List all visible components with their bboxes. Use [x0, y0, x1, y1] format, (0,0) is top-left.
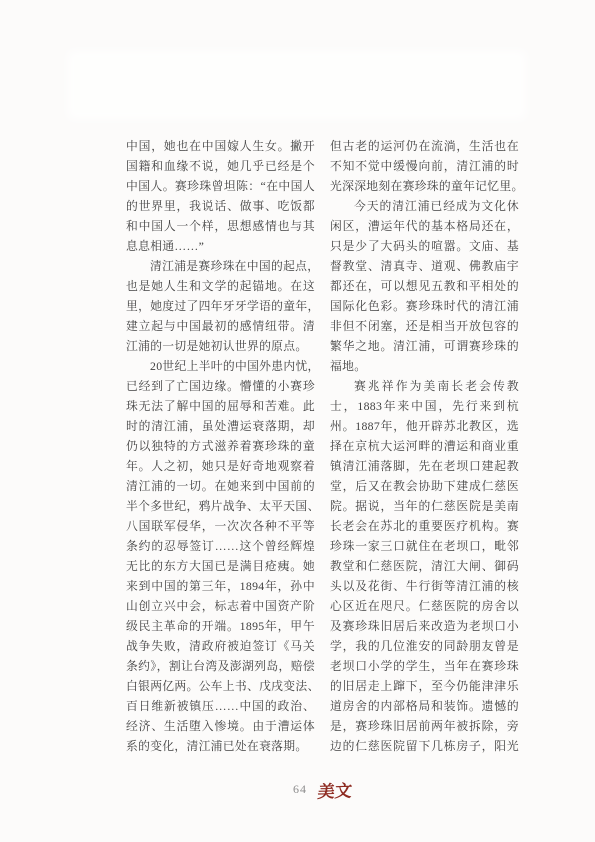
text-line: 和中国人一个样，思想感情也与其: [126, 216, 315, 236]
text-line: 及赛珍珠旧居后来改造为老坝口小: [330, 616, 519, 636]
magazine-page: 中国，她也在中国嫁人生女。撇开国籍和血缘不说，她几乎已经是个中国人。赛珍珠曾坦陈…: [0, 0, 595, 842]
text-line: 来到中国的第三年，1894年，孙中: [126, 576, 315, 596]
text-line: 已经到了亡国边缘。懵懂的小赛珍: [126, 376, 315, 396]
left-text-column: 中国，她也在中国嫁人生女。撇开国籍和血缘不说，她几乎已经是个中国人。赛珍珠曾坦陈…: [126, 136, 315, 756]
text-line: 建立起与中国最初的感情纽带。清: [126, 316, 315, 336]
text-line: 是，赛珍珠旧居前两年被拆除，旁: [330, 716, 519, 736]
text-line: 边的仁慈医院留下几栋房子，阳光: [330, 736, 519, 756]
text-line: 堂，后又在教会协助下建成仁慈医: [330, 476, 519, 496]
right-text-column: 但古老的运河仍在流淌，生活也在不知不觉中缓慢向前，清江浦的时光深深地刻在赛珍珠的…: [330, 136, 519, 756]
text-line: 镇清江浦落脚，先在老坝口建起教: [330, 456, 519, 476]
text-line: 教堂和仁慈医院，清江大闸、御码: [330, 556, 519, 576]
text-line: 的旧居走上蹿下，至今仍能津津乐: [330, 676, 519, 696]
journal-logo: 美文: [317, 776, 354, 802]
text-line: 老坝口小学的学生，当年在赛珍珠: [330, 656, 519, 676]
text-line: 士，1883年来中国，先行来到杭: [330, 396, 519, 416]
text-line: 院。据说，当年的仁慈医院是美南: [330, 496, 519, 516]
text-line: 级民主革命的开端。1895年，甲午: [126, 616, 315, 636]
text-line: 无比的东方大国已是满目疮痍。她: [126, 556, 315, 576]
text-line: 都还在，可以想见五教和平相处的: [330, 276, 519, 296]
text-line: 州。1887年，他开辟苏北教区，选: [330, 416, 519, 436]
text-line: 择在京杭大运河畔的漕运和商业重: [330, 436, 519, 456]
text-line: 息息相通……”: [126, 236, 315, 256]
text-line: 战争失败，清政府被迫签订《马关: [126, 636, 315, 656]
text-line: 百日维新被镇压……中国的政治、: [126, 696, 315, 716]
text-line: 国籍和血缘不说，她几乎已经是个: [126, 156, 315, 176]
text-line: 闲区，漕运年代的基本格局还在，: [330, 216, 519, 236]
text-line: 长老会在苏北的重要医疗机构。赛: [330, 516, 519, 536]
page-number: 64: [293, 782, 307, 796]
text-line: 中国人。赛珍珠曾坦陈：“在中国人: [126, 176, 315, 196]
text-line: 但古老的运河仍在流淌，生活也在: [330, 136, 519, 156]
text-line: 珍珠一家三口就住在老坝口，毗邻: [330, 536, 519, 556]
text-line: 江浦的一切是她初认世界的原点。: [126, 336, 315, 356]
text-line: 中国，她也在中国嫁人生女。撇开: [126, 136, 315, 156]
text-line: 白银两亿两。公车上书、戊戌变法、: [126, 676, 315, 696]
scan-artifact: [74, 57, 520, 113]
text-line: 经济、生活堕入惨境。由于漕运体: [126, 716, 315, 736]
text-line: 道房舍的内部格局和装饰。遗憾的: [330, 696, 519, 716]
text-line: 光深深地刻在赛珍珠的童年记忆里。: [330, 176, 519, 196]
text-line: 半个多世纪，鸦片战争、太平天国、: [126, 496, 315, 516]
text-line: 头以及花街、牛行街等清江浦的核: [330, 576, 519, 596]
text-line: 里，她度过了四年牙牙学语的童年，: [126, 296, 315, 316]
text-line: 清江浦的一切。在她来到中国前的: [126, 476, 315, 496]
text-line: 非但不闭塞，还是相当开放包容的: [330, 316, 519, 336]
text-line: 只是少了大码头的喧嚣。文庙、基: [330, 236, 519, 256]
scanned-magazine-page: { "columns": { "left": { "lines": [ { "t…: [0, 0, 595, 842]
text-line: 福地。: [330, 356, 519, 376]
page-footer: 64 美文: [126, 777, 519, 799]
text-line: 清江浦是赛珍珠在中国的起点，: [126, 256, 315, 276]
text-line: 20世纪上半叶的中国外患内忧，: [126, 356, 315, 376]
text-line: 今天的清江浦已经成为文化休: [330, 196, 519, 216]
text-line: 年。人之初，她只是好奇地观察着: [126, 456, 315, 476]
text-line: 珠无法了解中国的屈辱和苦难。此: [126, 396, 315, 416]
text-line: 赛兆祥作为美南长老会传教: [330, 376, 519, 396]
text-line: 心区近在咫尺。仁慈医院的房舍以: [330, 596, 519, 616]
text-line: 系的变化，清江浦已处在衰落期。: [126, 736, 315, 756]
text-line: 山创立兴中会，标志着中国资产阶: [126, 596, 315, 616]
text-line: 学，我的几位淮安的同龄朋友曾是: [330, 636, 519, 656]
text-line: 时的清江浦，虽处漕运衰落期，却: [126, 416, 315, 436]
text-line: 条约的忍辱签订……这个曾经辉煌: [126, 536, 315, 556]
text-line: 仍以独特的方式滋养着赛珍珠的童: [126, 436, 315, 456]
text-line: 不知不觉中缓慢向前，清江浦的时: [330, 156, 519, 176]
text-line: 国际化色彩。赛珍珠时代的清江浦: [330, 296, 519, 316]
text-line: 也是她人生和文学的起锚地。在这: [126, 276, 315, 296]
text-line: 的世界里，我说话、做事、吃饭都: [126, 196, 315, 216]
text-line: 条约》，割让台湾及澎湖列岛，赔偿: [126, 656, 315, 676]
text-line: 繁华之地。清江浦，可谓赛珍珠的: [330, 336, 519, 356]
text-line: 督教堂、清真寺、道观、佛教庙宇: [330, 256, 519, 276]
text-line: 八国联军侵华，一次次各种不平等: [126, 516, 315, 536]
